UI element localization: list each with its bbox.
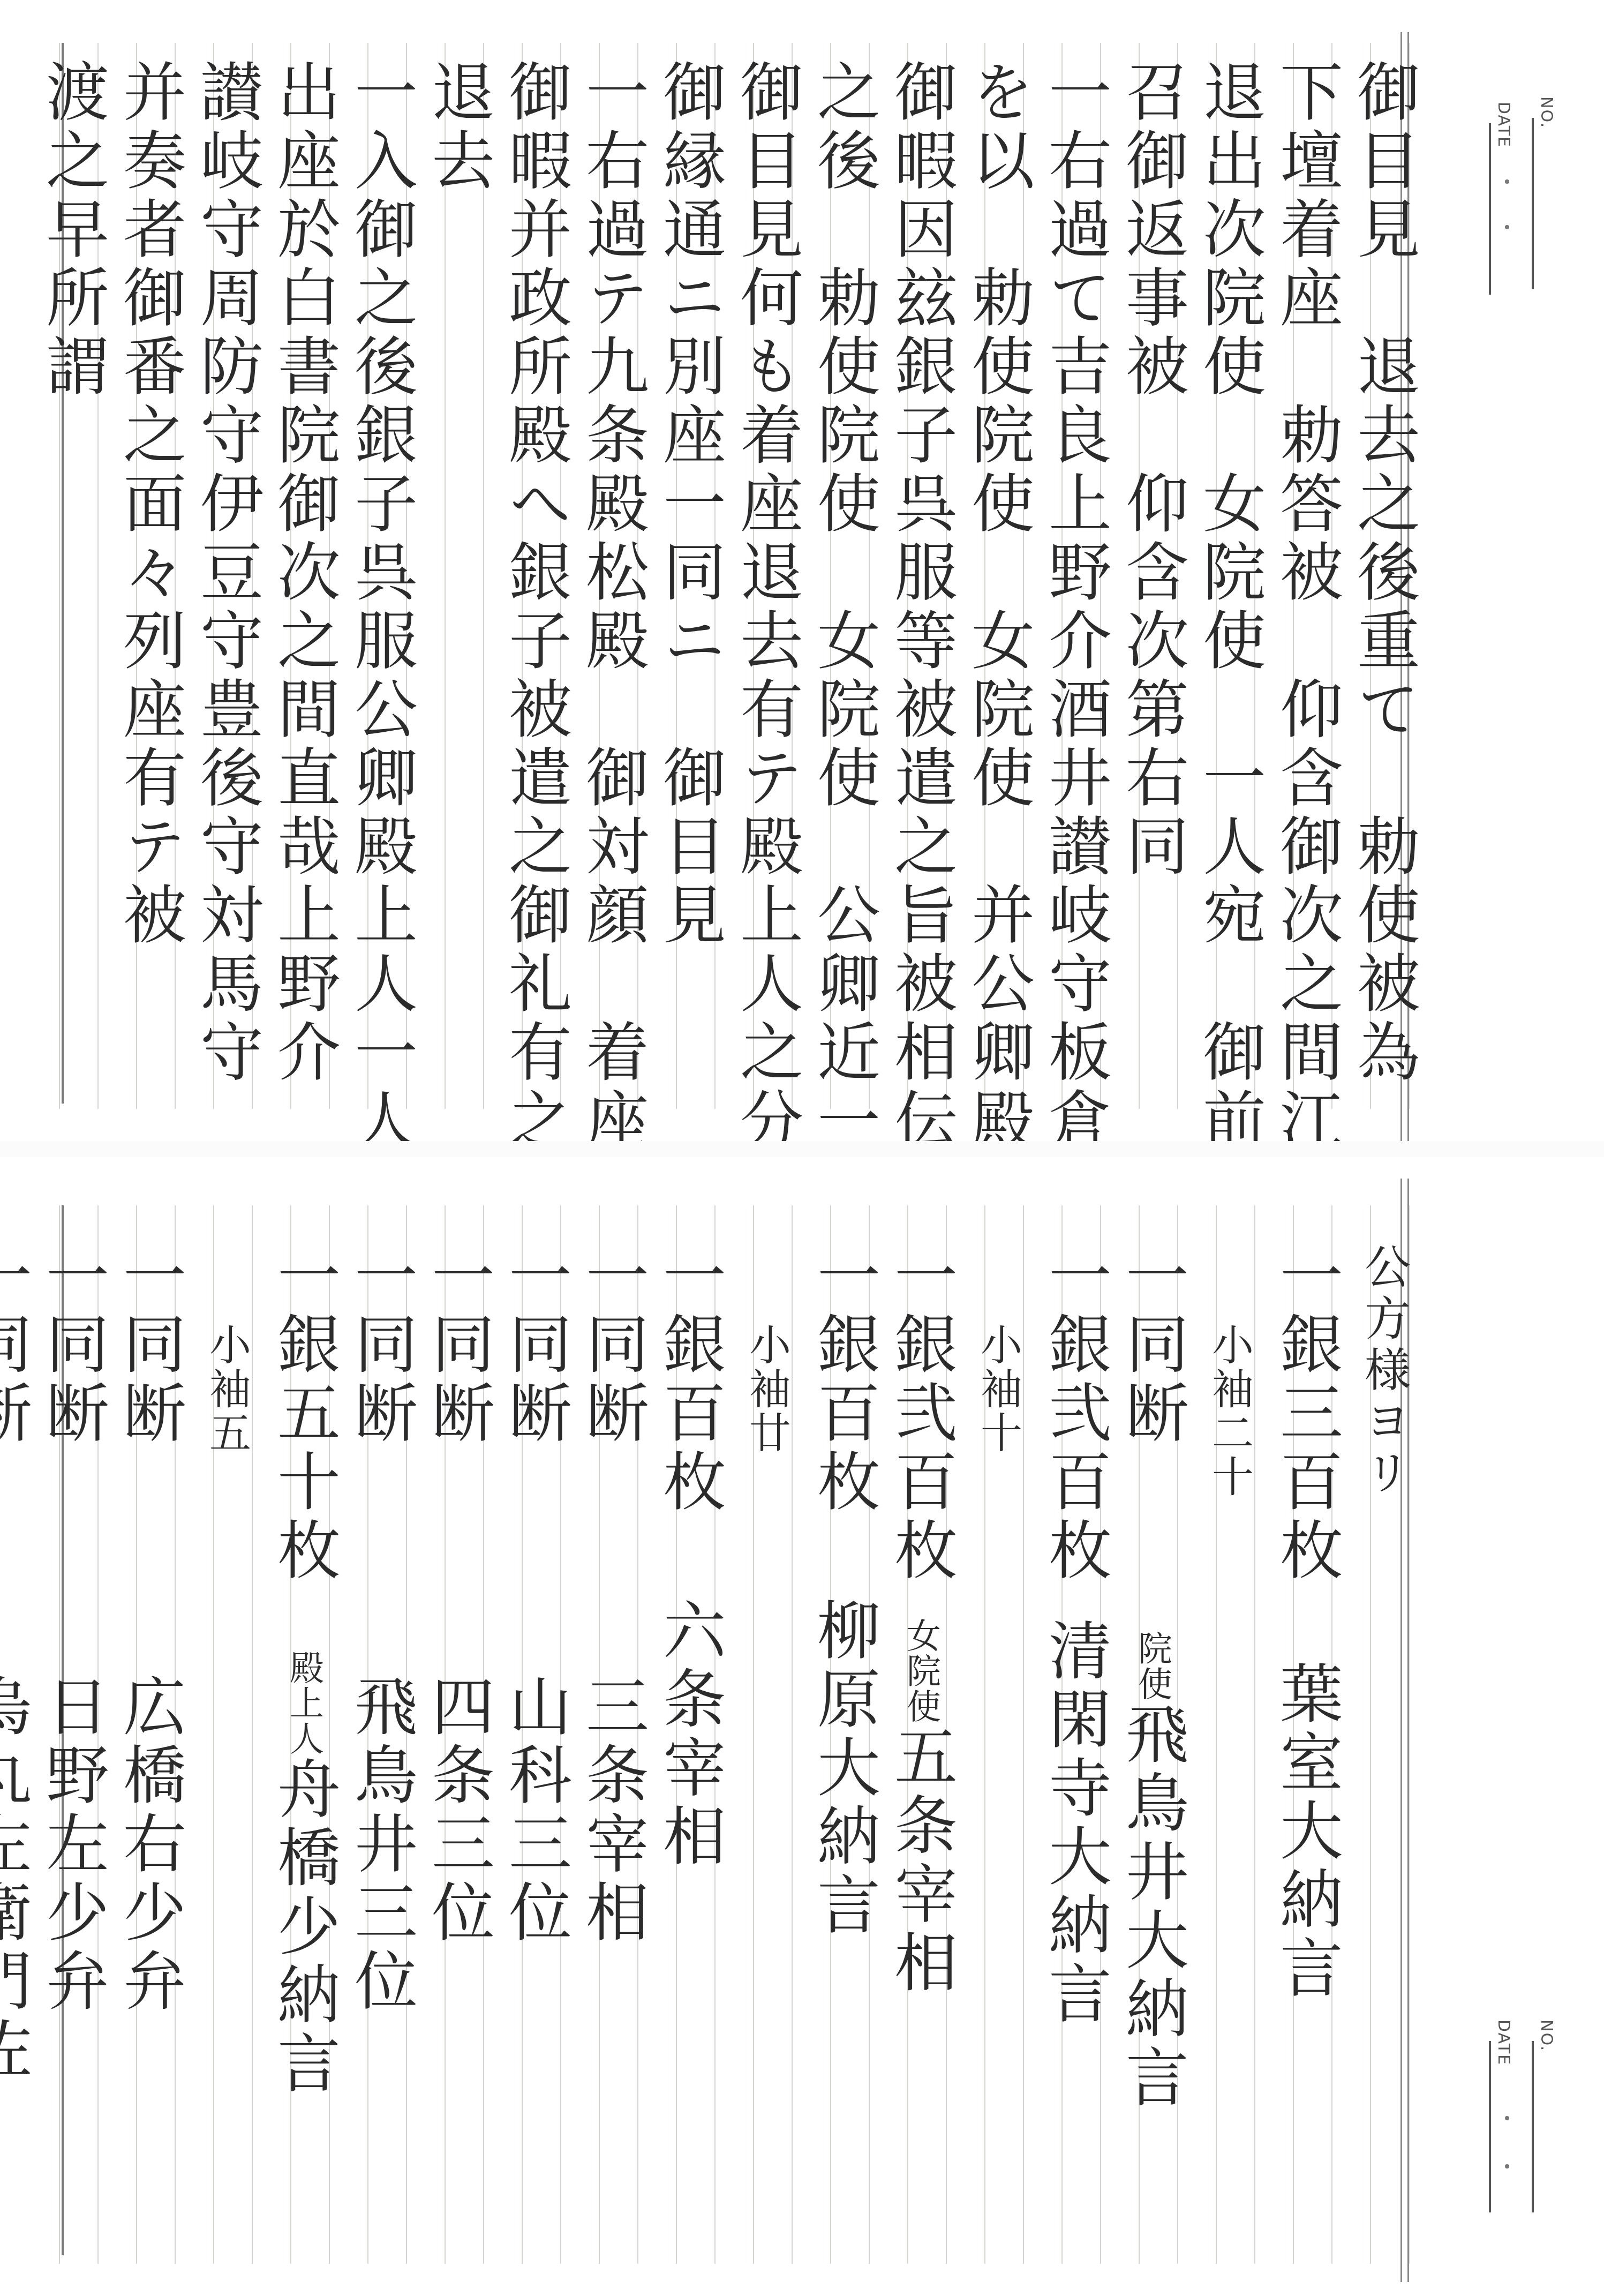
- gift-recipient: 舟橋少納言: [267, 1756, 341, 2099]
- no-field-line: [1532, 118, 1534, 289]
- date-dot: [1505, 225, 1509, 229]
- gift-item: 一同断: [575, 1243, 649, 1449]
- date-dot: [1505, 2116, 1509, 2120]
- date-dot: [1505, 2164, 1509, 2169]
- gift-item: 一銀百枚: [652, 1243, 726, 1517]
- gift-item: 一同断: [35, 1243, 109, 1449]
- gift-recipient: 山科三位: [498, 1674, 572, 1948]
- text-column: 御縁通ニ別座一同ニ 御目見: [651, 59, 728, 1077]
- text-column: 讃岐守周防守伊豆守豊後守対馬守: [188, 59, 265, 1077]
- gift-entry: 一同断院使飛鳥井大納言: [1113, 1243, 1191, 2250]
- text-column: を以 勅使院使 女院使 并公卿殿上人: [959, 59, 1036, 1077]
- text-column: 下壇着座 勅答被 仰含御次之間江: [1268, 59, 1345, 1077]
- text-column: 御暇因玆銀子呉服等被遣之旨被相伝: [882, 59, 959, 1077]
- gift-entry: 一同断三条宰相: [574, 1243, 651, 2250]
- text-column: 召御返事被 仰含次第右同: [1113, 59, 1191, 1077]
- gift-item: 一同断: [421, 1243, 495, 1449]
- gift-entry: 一同断日野左少弁: [34, 1243, 111, 2250]
- gift-item: 一同断: [0, 1243, 32, 1449]
- gift-entry: 一銀弐百枚女院使五条宰相: [882, 1243, 959, 2250]
- text-column: 一右過て吉良上野介酒井讃岐守板倉周防守: [1036, 59, 1113, 1077]
- gift-entry: 一銀百枚六条宰相: [651, 1243, 728, 2250]
- gift-entry: 一銀五十枚殿上人舟橋少納言: [265, 1243, 342, 2250]
- gift-recipient: 烏丸左衛門佐: [0, 1674, 32, 2085]
- gift-recipient: 三条宰相: [575, 1674, 649, 1948]
- gift-entry: 一同断山科三位: [496, 1243, 574, 2250]
- gift-recipient: 五条宰相: [884, 1724, 958, 1998]
- no-label: NO.: [1537, 96, 1556, 129]
- gift-item: 一同断: [498, 1243, 572, 1449]
- text-column: 退去: [419, 59, 496, 1077]
- recipient-note: 女院使: [901, 1618, 940, 1724]
- gift-item: 一同断: [1115, 1243, 1189, 1449]
- text-column: 出座於白書院御次之間直哉上野介: [265, 59, 342, 1077]
- gift-item: 一銀百枚: [807, 1243, 880, 1517]
- gift-recipient: 葉室大納言: [1269, 1661, 1343, 2004]
- text-column: 并奏者御番之面々列座有テ被: [111, 59, 188, 1077]
- gift-item: 一銀弐百枚: [884, 1243, 958, 1586]
- no-label: NO.: [1537, 2020, 1556, 2052]
- recipient-note: 院使: [1132, 1631, 1172, 1701]
- gift-sub: 小袖五: [188, 1243, 265, 2250]
- gift-recipient: 飛鳥井三位: [344, 1674, 418, 2016]
- gift-recipient: 飛鳥井大納言: [1115, 1701, 1189, 2113]
- text-column: 退出次院使 女院使 一人宛 御前へ被為: [1191, 59, 1268, 1077]
- gift-recipient: 六条宰相: [652, 1597, 726, 1872]
- date-field-line: [1489, 123, 1491, 295]
- bottom-page-text: 公方様ヨリ 一銀三百枚葉室大納言 小袖二十 一同断院使飛鳥井大納言 一銀弐百枚清…: [0, 1243, 1422, 2250]
- gift-entry: 一銀百枚柳原大納言: [805, 1243, 882, 2250]
- date-label: DATE: [1494, 102, 1513, 148]
- gift-recipient: 四条三位: [421, 1674, 495, 1948]
- gift-sub: 小袖二十: [1191, 1243, 1268, 2250]
- date-label: DATE: [1494, 2020, 1513, 2066]
- text-column: 一入御之後銀子呉服公卿殿上人一人宛: [342, 59, 419, 1077]
- no-field-line: [1532, 2041, 1534, 2212]
- gift-item: 一銀三百枚: [1269, 1243, 1343, 1586]
- text-column: 渡之早所謂: [34, 59, 111, 1077]
- notebook-page-bottom: NO. DATE 公方様ヨリ 一銀三百枚葉室大納言 小袖二十 一同断院使飛鳥井大…: [0, 1157, 1604, 2296]
- gift-sub: 小袖廿: [728, 1243, 805, 2250]
- gift-item: 一同断: [344, 1243, 418, 1449]
- gift-item: 一銀五十枚: [267, 1243, 341, 1586]
- date-field-line: [1489, 2041, 1491, 2212]
- gift-sub: 小袖十: [959, 1243, 1036, 2250]
- text-column: 之後 勅使院使 女院使 公卿近一人宛: [805, 59, 882, 1077]
- gift-entry: 一銀三百枚葉室大納言: [1268, 1243, 1345, 2250]
- page-divider: [0, 1141, 1604, 1157]
- text-column: 御目見 退去之後重て 勅使被為 召: [1345, 59, 1422, 1077]
- text-column: 御目見何も着座退去有テ殿上人之分: [728, 59, 805, 1077]
- gift-item: 一銀弐百枚: [1038, 1243, 1112, 1586]
- notebook-page-top: NO. DATE 御目見 退去之後重て 勅使被為 召 下壇着座 勅答被 仰含御次…: [0, 0, 1604, 1141]
- gift-entry: 一同断飛鳥井三位: [342, 1243, 419, 2250]
- gift-entry: 一銀弐百枚清閑寺大納言: [1036, 1243, 1113, 2250]
- gift-recipient: 広橋右少弁: [112, 1674, 186, 2016]
- gift-recipient: 清閑寺大納言: [1038, 1618, 1112, 2029]
- heading: 公方様ヨリ: [1345, 1243, 1422, 2250]
- top-page-text: 御目見 退去之後重て 勅使被為 召 下壇着座 勅答被 仰含御次之間江 退出次院使…: [34, 59, 1422, 1077]
- date-dot: [1505, 179, 1509, 184]
- recipient-note: 殿上人: [284, 1650, 323, 1756]
- gift-recipient: 日野左少弁: [35, 1674, 109, 2016]
- text-column: 御暇并政所殿へ銀子被遣之御礼有之て: [496, 59, 574, 1077]
- gift-entry: 一同断四条三位: [419, 1243, 496, 2250]
- gift-recipient: 柳原大納言: [807, 1597, 880, 1940]
- text-column: 一右過テ九条殿松殿 御対顔 着座 是: [574, 59, 651, 1077]
- gift-entry: 一同断烏丸左衛門佐: [0, 1243, 34, 2250]
- gift-item: 一同断: [112, 1243, 186, 1449]
- gift-entry: 一同断広橋右少弁: [111, 1243, 188, 2250]
